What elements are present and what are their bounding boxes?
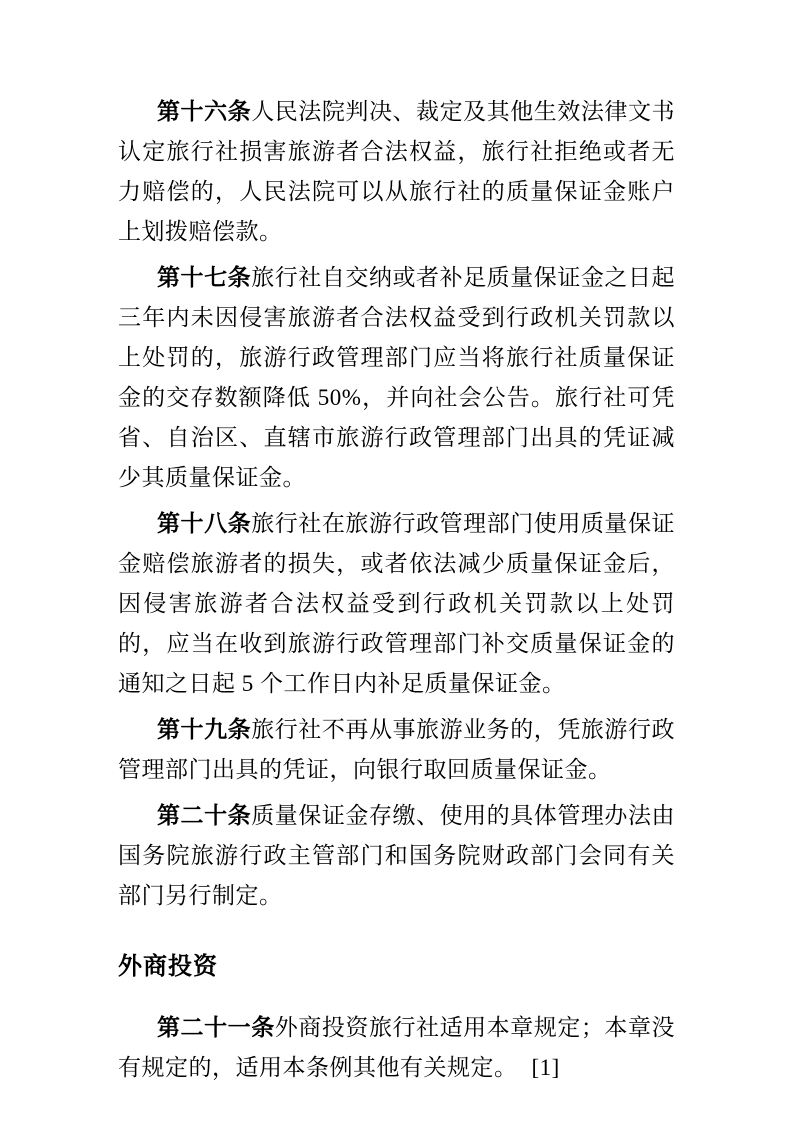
article-number: 第十六条 [157, 99, 251, 124]
article-paragraph-20: 第二十条质量保证金存缴、使用的具体管理办法由国务院旅游行政主管部门和国务院财政部… [118, 796, 675, 916]
document-page: 第十六条人民法院判决、裁定及其他生效法律文书认定旅行社损害旅游者合法权益，旅行社… [0, 0, 793, 1122]
article-text: 旅行社在旅游行政管理部门使用质量保证金赔偿旅游者的损失，或者依法减少质量保证金后… [118, 511, 675, 696]
section-heading-foreign-investment: 外商投资 [118, 946, 675, 988]
article-text: 旅行社自交纳或者补足质量保证金之日起三年内未因侵害旅游者合法权益受到行政机关罚款… [118, 265, 675, 490]
article-paragraph-16: 第十六条人民法院判决、裁定及其他生效法律文书认定旅行社损害旅游者合法权益，旅行社… [118, 92, 675, 252]
article-number: 第二十条 [157, 803, 251, 828]
article-number: 第十八条 [157, 511, 251, 536]
article-number: 第十九条 [157, 717, 251, 742]
article-number: 第二十一条 [157, 1015, 275, 1040]
article-paragraph-19: 第十九条旅行社不再从事旅游业务的，凭旅游行政管理部门出具的凭证，向银行取回质量保… [118, 710, 675, 790]
article-paragraph-18: 第十八条旅行社在旅游行政管理部门使用质量保证金赔偿旅游者的损失，或者依法减少质量… [118, 504, 675, 704]
article-paragraph-21: 第二十一条外商投资旅行社适用本章规定；本章没有规定的，适用本条例其他有关规定。[… [118, 1008, 675, 1088]
article-number: 第十七条 [157, 265, 251, 290]
article-paragraph-17: 第十七条旅行社自交纳或者补足质量保证金之日起三年内未因侵害旅游者合法权益受到行政… [118, 258, 675, 498]
reference-marker: [1] [532, 1055, 560, 1080]
